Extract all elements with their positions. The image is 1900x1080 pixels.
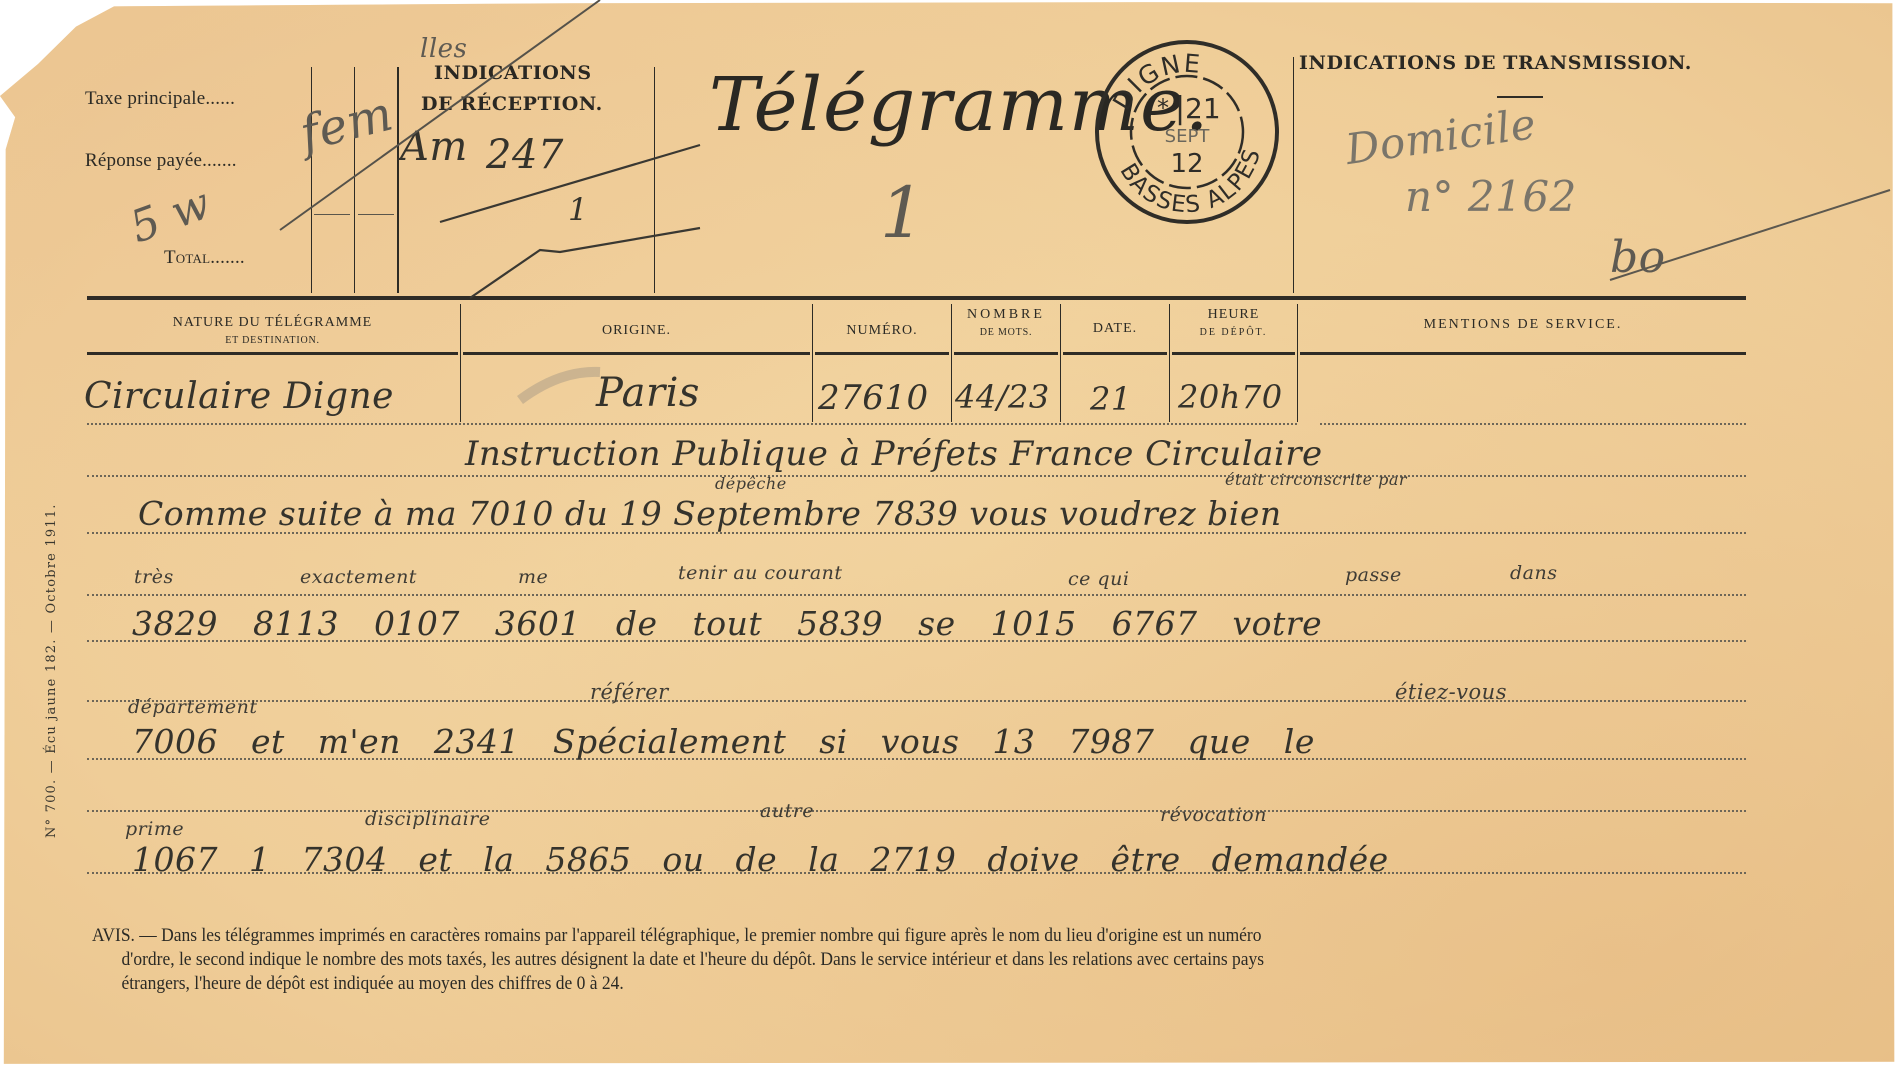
header-bottom-rule-2 xyxy=(463,352,810,355)
tax-subtotal-rule-2 xyxy=(358,214,394,215)
entry-nombre-de-mots: 44/23 xyxy=(955,378,1050,416)
postmark-stamp: DIGNE BASSES ALPES * | 21 SEPT 12 xyxy=(1093,38,1281,226)
message-annotation-tres: très xyxy=(134,566,174,588)
column-divider-nombre xyxy=(951,304,952,422)
column-divider-heure xyxy=(1169,304,1170,422)
message-annotation-referer: référer xyxy=(590,680,669,704)
header-bottom-rule-3 xyxy=(815,352,949,355)
postmark-circle-icon: DIGNE BASSES ALPES * | 21 SEPT 12 xyxy=(1093,38,1281,226)
reception-label-line1: INDICATIONS xyxy=(434,62,592,84)
column-header-heure: Heure de dépôt. xyxy=(1172,306,1295,342)
message-annotation-depeche: dépêche xyxy=(715,474,787,493)
tax-column-line-3 xyxy=(397,67,399,293)
header-bottom-rule-6 xyxy=(1172,352,1295,355)
ruling-line-8 xyxy=(87,810,1746,812)
header-bottom-rule-4 xyxy=(954,352,1058,355)
column-header-heure-label: Heure xyxy=(1208,307,1260,322)
svg-text:*: * xyxy=(1157,94,1169,122)
message-annotation-circonscrite: était circonscrite par xyxy=(1225,470,1407,489)
column-header-nombre-sub: de mots. xyxy=(954,324,1058,342)
column-header-mentions: Mentions de service. xyxy=(1300,316,1746,334)
entry-nature: Circulaire Digne xyxy=(84,376,394,417)
message-line-2: Comme suite à ma 7010 du 19 Septembre 78… xyxy=(138,494,1282,533)
svg-text:|: | xyxy=(1175,91,1185,126)
reception-handwritten-sub: 1 xyxy=(568,192,588,228)
column-header-mentions-label: Mentions de service. xyxy=(1424,317,1623,332)
reception-handwritten-top: lles xyxy=(420,34,467,64)
column-header-heure-sub: de dépôt. xyxy=(1172,324,1295,342)
message-annotation-tenir-au-courant: tenir au courant xyxy=(678,562,843,584)
message-annotation-departement: département xyxy=(128,696,258,718)
avis-line-2: d'ordre, le second indique le nombre des… xyxy=(92,948,1619,972)
tax-column-line-1 xyxy=(311,67,312,293)
table-top-rule xyxy=(87,296,1746,300)
tax-subtotal-rule-1 xyxy=(314,214,350,215)
avis-line-1: AVIS. — Dans les télégrammes imprimés en… xyxy=(92,924,1619,948)
reception-label-line2: DE RÉCEPTION. xyxy=(421,93,603,115)
taxe-principale-label: Taxe principale...... xyxy=(85,88,235,110)
column-header-nombre: Nombre de mots. xyxy=(954,306,1058,342)
message-annotation-prime: prime xyxy=(125,818,184,840)
header-bottom-rule-5 xyxy=(1063,352,1167,355)
transmission-handwritten-initials: bo xyxy=(1610,232,1666,283)
column-header-nombre-label: Nombre xyxy=(967,307,1045,322)
form-imprint-vertical: N° 700. — Écu jaune 182. — Octobre 1911. xyxy=(44,503,59,838)
message-line-3: 3829 8113 0107 3601 de tout 5839 se 1015… xyxy=(132,604,1322,643)
svg-text:SEPT: SEPT xyxy=(1165,126,1211,147)
column-header-nature: Nature du télégramme et destination. xyxy=(87,314,458,350)
message-annotation-dans: dans xyxy=(1510,562,1557,584)
svg-text:12: 12 xyxy=(1170,149,1203,179)
message-annotation-ce-qui: ce qui xyxy=(1068,568,1129,590)
message-line-1: Instruction Publique à Préfets France Ci… xyxy=(465,434,1323,474)
total-label: Total....... xyxy=(164,247,245,269)
column-divider-date xyxy=(1060,304,1061,422)
ruling-line-4 xyxy=(87,594,1746,596)
reponse-payee-label: Réponse payée....... xyxy=(85,150,237,172)
message-annotation-etiez: étiez-vous xyxy=(1395,680,1507,704)
avis-line-3: étrangers, l'heure de dépôt est indiquée… xyxy=(92,972,1619,996)
entry-origine: Paris xyxy=(596,370,700,416)
column-header-date-label: Date. xyxy=(1093,321,1137,336)
column-header-origine: Origine. xyxy=(463,322,810,340)
column-divider-numero xyxy=(812,304,813,422)
ruling-line-1b xyxy=(1320,423,1746,425)
transmission-rule xyxy=(1497,96,1543,98)
column-divider-origine xyxy=(460,304,461,422)
header-bottom-rule-7 xyxy=(1300,352,1746,355)
header-number: 1 xyxy=(880,172,925,254)
entry-heure-de-depot: 20h70 xyxy=(1178,378,1283,416)
message-annotation-exactement: exactement xyxy=(300,566,417,588)
reception-handwritten-mark: Am xyxy=(400,124,468,170)
header-bottom-rule-1 xyxy=(87,352,458,355)
message-annotation-autre: autre xyxy=(760,800,814,822)
message-annotation-disciplinaire: disciplinaire xyxy=(365,808,491,830)
transmission-handwritten-number: n° 2162 xyxy=(1405,172,1577,221)
message-annotation-me: me xyxy=(518,566,548,588)
ruling-line-2 xyxy=(87,475,1746,477)
avis-notice: AVIS. — Dans les télégrammes imprimés en… xyxy=(92,924,1619,996)
message-line-4: 7006 et m'en 2341 Spécialement si vous 1… xyxy=(132,722,1315,761)
reception-handwritten-number: 247 xyxy=(486,132,564,178)
ruling-line-1 xyxy=(87,423,1297,425)
column-header-numero-label: Numéro. xyxy=(846,323,917,338)
transmission-label: INDICATIONS DE TRANSMISSION. xyxy=(1299,52,1692,74)
column-header-numero: Numéro. xyxy=(815,322,949,340)
reception-column-line xyxy=(654,67,655,293)
column-divider-mentions xyxy=(1297,304,1298,422)
transmission-column-line xyxy=(1293,57,1294,293)
message-line-5: 1067 1 7304 et la 5865 ou de la 2719 doi… xyxy=(132,840,1389,879)
entry-date: 21 xyxy=(1090,380,1132,418)
svg-text:21: 21 xyxy=(1185,92,1221,125)
column-header-nature-sub: et destination. xyxy=(87,332,458,350)
entry-numero: 27610 xyxy=(818,378,929,418)
column-header-origine-label: Origine. xyxy=(602,323,671,338)
column-header-nature-label: Nature du télégramme xyxy=(173,315,372,330)
message-annotation-revocation: révocation xyxy=(1160,804,1267,826)
column-header-date: Date. xyxy=(1063,320,1167,338)
message-annotation-passe: passe xyxy=(1345,564,1402,586)
